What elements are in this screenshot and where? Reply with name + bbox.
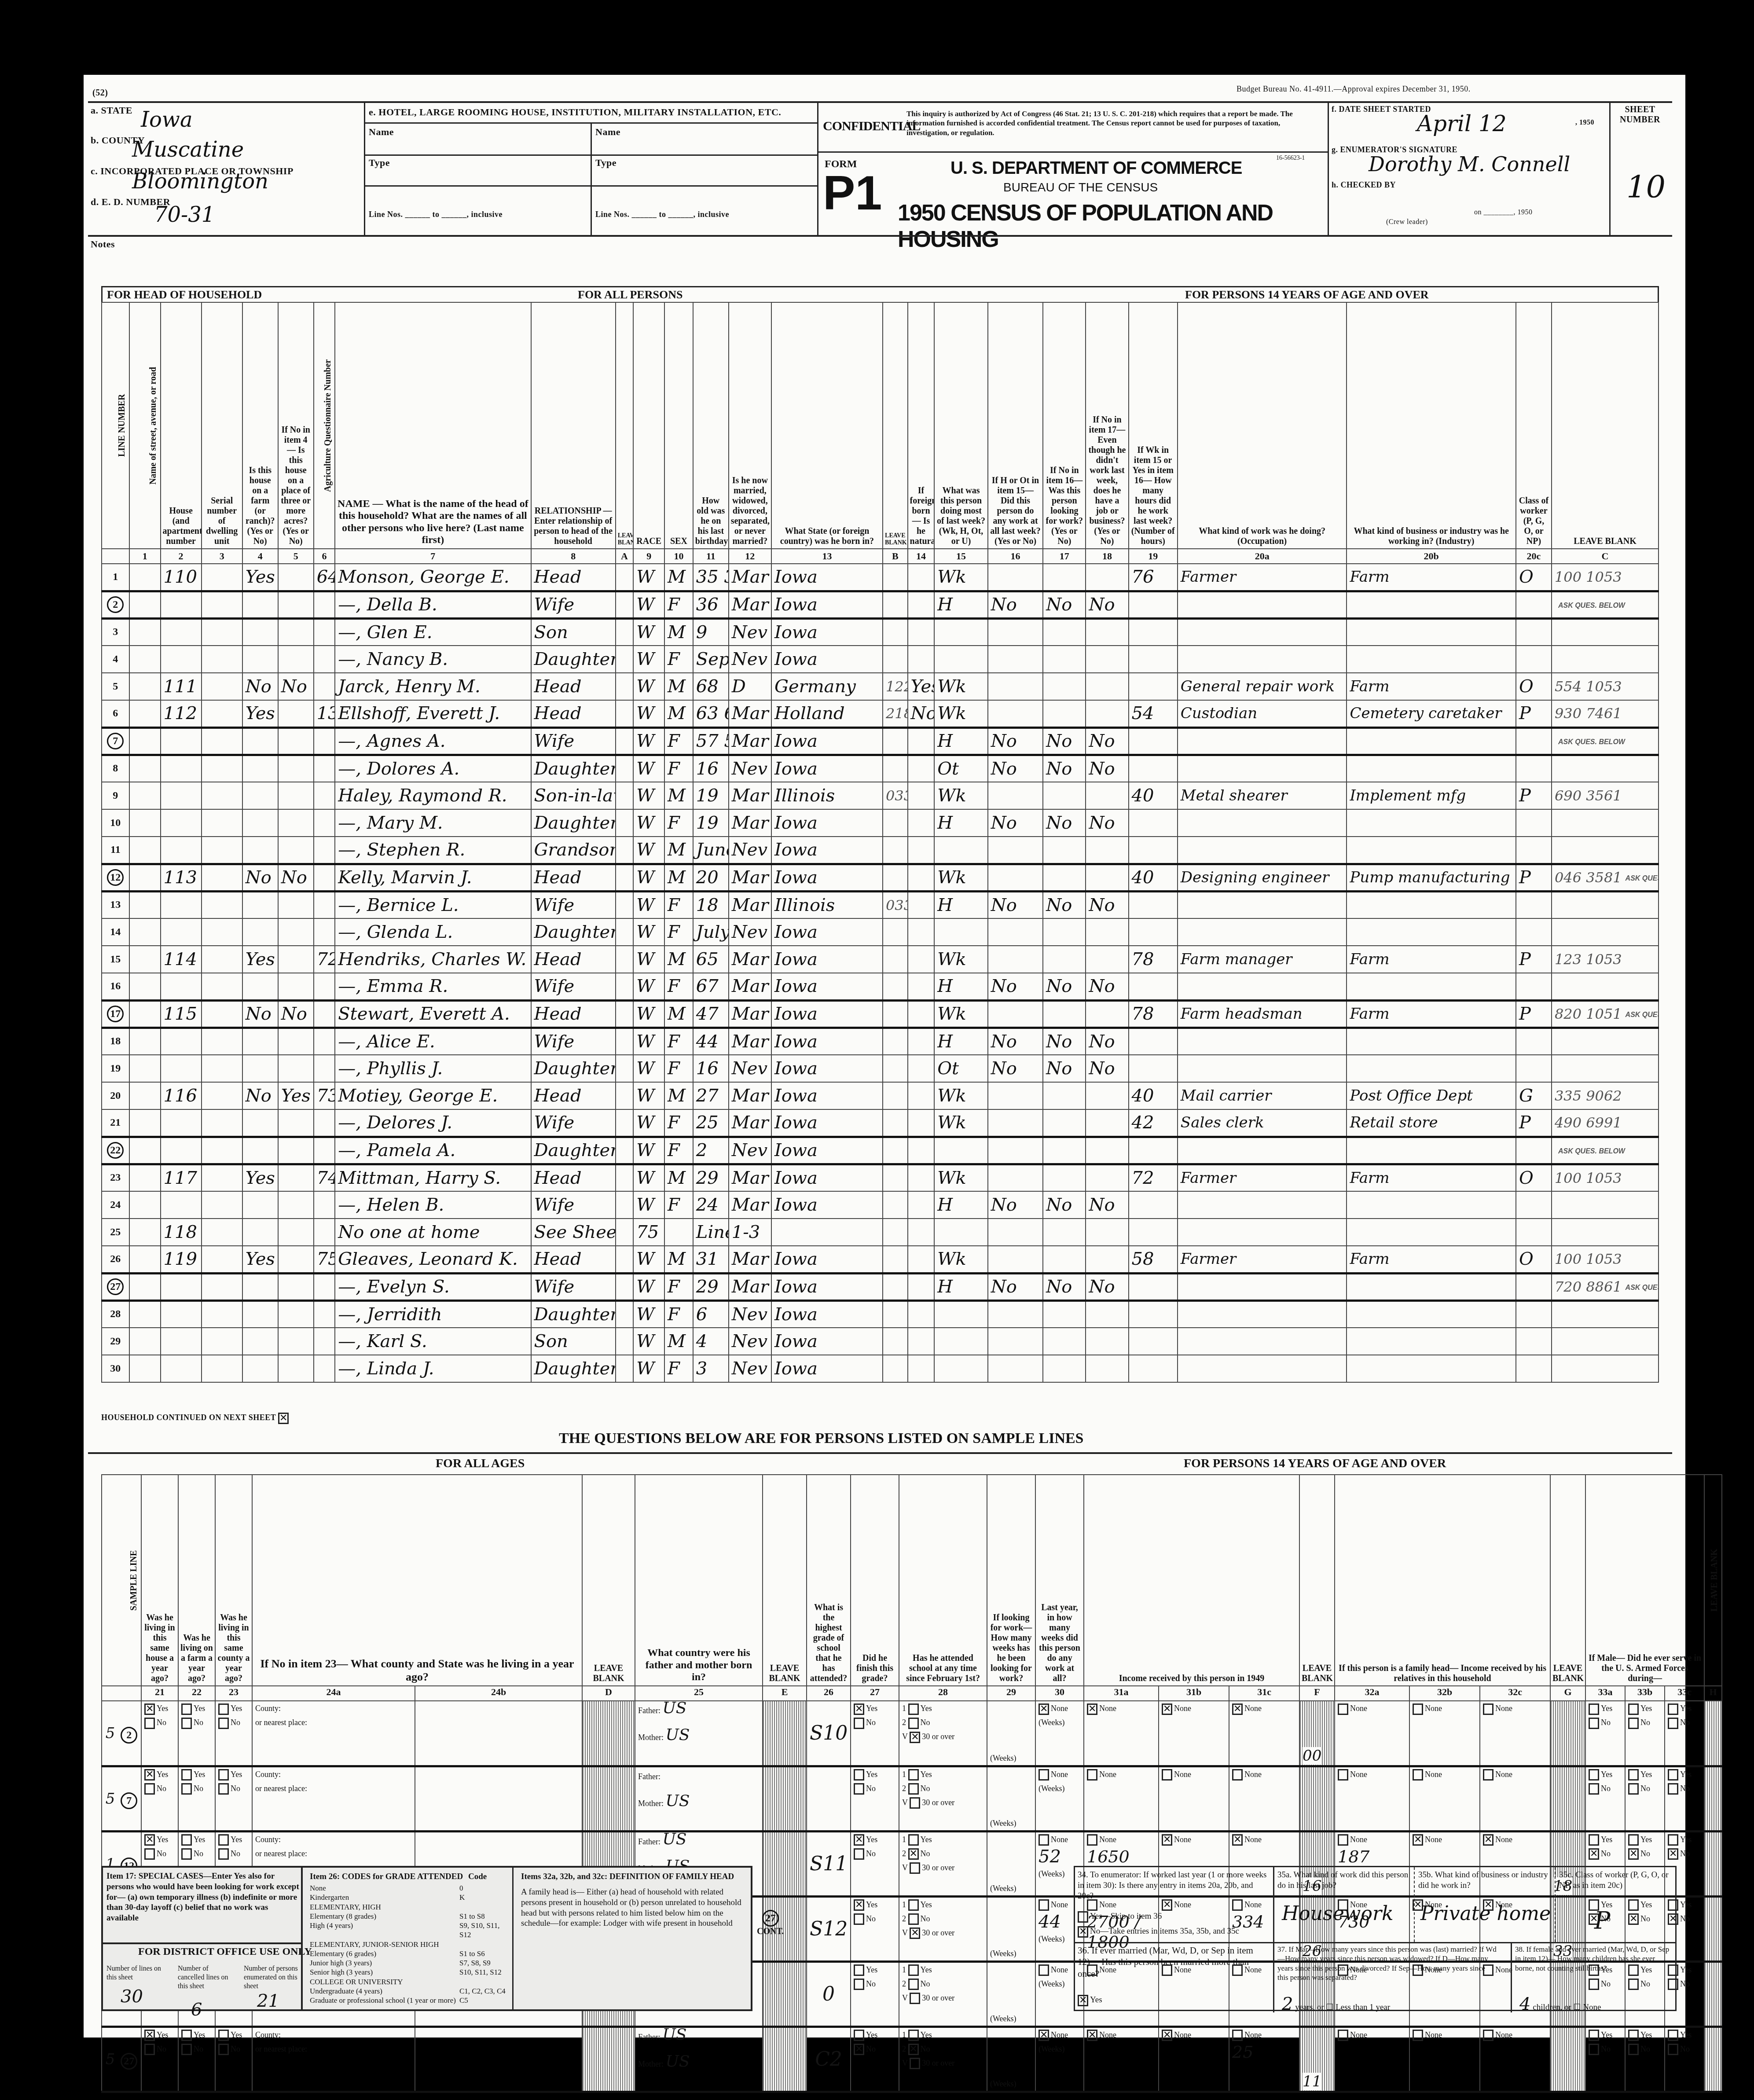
q33a-no[interactable]: ✕No [1589,1847,1622,1861]
q33a-yes[interactable]: Yes [1589,1767,1622,1781]
cell-c3 [202,755,242,782]
q27-yes[interactable]: Yes [854,1767,896,1781]
q27-yes[interactable]: ✕Yes [854,1832,896,1847]
q28-no[interactable]: 2 ✕No [902,2042,984,2056]
q33a-no[interactable]: No [1589,2042,1622,2056]
cell-sex: F [664,727,693,755]
street-cell [129,973,161,1000]
q33a-no-label: No [1601,1784,1611,1793]
q31a-none-label: None [1099,2030,1116,2039]
cell-c15 [934,1328,987,1355]
grade-code-row: Elementary (6 grades)S1 to S6 [310,1949,508,1958]
q33b-yes[interactable]: Yes [1628,1767,1662,1781]
cell-birth: Iowa [771,1082,883,1109]
cell-birth: Iowa [771,1137,883,1164]
q30-none-label: None [1051,1965,1068,1974]
date-value: April 12 [1417,111,1507,136]
q21-cell: ✕YesNo [141,1766,178,1831]
q33b-no[interactable]: ✕No [1628,1847,1662,1861]
q31b-none-label: None [1174,2030,1191,2039]
cell-name: —, Phyllis J. [335,1055,531,1082]
q28-over30[interactable]: V 30 or over [902,1861,984,1875]
q32a-none[interactable]: None [1338,1832,1406,1847]
person-row: 13—, Bernice L.WifeWF18MarIllinois033HNo… [102,891,1659,918]
q21-yes[interactable]: ✕Yes [144,1701,175,1715]
person-row: 20116NoYes73Motiey, George E.HeadWM27Mar… [102,1082,1659,1109]
county-label: County: [255,1832,412,1847]
person-row: 24—, Helen B.WifeWF24MarIowaHNoNoNo [102,1191,1659,1219]
q21-no[interactable]: No [144,2042,175,2056]
cell-race: W [633,727,664,755]
cell-c17: No [1043,591,1086,618]
cell-nat [908,1219,935,1246]
q29-weeks-label: (Weeks) [990,1751,1032,1765]
person-row: 30—, Linda J.DaughterWF3NevIowa [102,1355,1659,1382]
q33c-cell: YesNo [1665,1766,1704,1831]
q33a-no[interactable]: No [1589,1715,1622,1729]
grade-code-value: K [459,1893,508,1902]
q31c-none[interactable]: None [1232,1767,1296,1781]
cell-rel: Daughter [531,1300,616,1328]
q33b-yes-label: Yes [1640,1770,1652,1779]
q28-over30[interactable]: V 30 or over [902,1795,984,1810]
col-E-header: LEAVE BLANK [763,1475,807,1686]
q28-no-label: No [921,1914,930,1923]
q33a-yes[interactable]: Yes [1589,2028,1622,2042]
cell-race: W [633,1137,664,1164]
q31c-none[interactable]: ✕None [1232,1832,1296,1847]
q30-none[interactable]: ✕None [1038,2028,1081,2042]
leave-blank-a [616,837,633,864]
ask-questions-below: ASK QUES. BELOW [1558,1148,1625,1155]
sample-line-number: 17 [102,1000,129,1028]
cell-occ: Farm headsman [1178,1000,1347,1028]
cell-cls [1516,809,1552,837]
q35a-text: 35a. What kind of work did this person d… [1277,1870,1409,1891]
cell-nat: No [908,700,935,727]
q30-none[interactable]: ✕None [1038,1701,1081,1715]
q27-no[interactable]: ✕No [854,2042,896,2056]
cell-mar: Mar [729,591,771,618]
q31c-none[interactable]: None [1232,2028,1296,2042]
q32b-none[interactable]: None [1413,2028,1477,2042]
cell-name: Monson, George E. [335,564,531,591]
q31c-cell: None25 [1229,2027,1299,2092]
cell-c6 [314,837,335,864]
cell-mar: Mar [729,1082,771,1109]
q23-yes[interactable]: Yes [218,1767,249,1781]
q28-yes[interactable]: 1 Yes [902,1767,984,1781]
q35c-answer: P [1594,1907,1610,1935]
q33c-yes[interactable]: Yes [1668,1832,1701,1847]
q33b-yes[interactable]: Yes [1628,1701,1662,1715]
q32b-none[interactable]: ✕None [1413,1832,1477,1847]
q28-yes[interactable]: 1 Yes [902,1963,984,1977]
q27-no[interactable]: No [854,1847,896,1861]
line-number: 1 [102,564,129,591]
cell-b [883,946,908,973]
q28-yes[interactable]: 1 Yes [902,1701,984,1715]
leave-blank-a [616,1164,633,1191]
sheet-number: 10 [1626,169,1666,205]
q33c-cell: YesNo [1665,1701,1704,1766]
cell-c4 [242,1355,278,1382]
q33c-yes-label: Yes [1680,1900,1692,1909]
q31b-none[interactable]: None [1162,1767,1226,1781]
cell-c16 [988,864,1043,891]
q28-yes[interactable]: 1 Yes [902,1832,984,1847]
q33c-yes[interactable]: Yes [1668,1701,1701,1715]
cell-age: 63 62 [693,700,729,727]
q33c-no[interactable]: No [1668,2042,1701,2056]
household-continued-checkbox[interactable]: ✕ [278,1413,289,1424]
q31a-none[interactable]: None [1087,1832,1156,1847]
col-C-header: LEAVE BLANK [1552,302,1659,549]
cell-c17: No [1043,727,1086,755]
q33a-yes[interactable]: Yes [1589,1701,1622,1715]
tally: 5 [106,2051,115,2068]
leave-blank-a [616,1109,633,1137]
leave-blank-a [616,1273,633,1300]
sample-section-title: THE QUESTIONS BELOW ARE FOR PERSONS LIST… [559,1430,1084,1447]
q38-value: 4 [1519,1994,1530,2014]
q22-yes[interactable]: Yes [181,1701,212,1715]
cell-c18: No [1086,891,1128,918]
q31b-none[interactable]: ✕None [1162,2028,1226,2042]
q21-no[interactable]: No [144,1847,175,1861]
sample-line-circle: 2 [107,596,124,613]
cell-c3 [202,1191,242,1219]
cell-c15 [934,646,987,673]
cell-c18 [1086,782,1128,809]
q27-yes[interactable]: Yes [854,1963,896,1977]
cell-occ: Custodian [1178,700,1347,727]
father-line: Father: [638,1767,760,1784]
q31a-none[interactable]: None [1087,1767,1156,1781]
cell-birth: Holland [771,700,883,727]
cell-birth: Iowa [771,646,883,673]
q28-no-label: No [921,1849,930,1858]
q31b-none[interactable]: ✕None [1162,1701,1226,1715]
q33c-yes[interactable]: Yes [1668,1767,1701,1781]
q27-yes[interactable]: Yes [854,2028,896,2042]
q28-over30[interactable]: V ✕30 or over [902,1926,984,1940]
q22-yes[interactable]: Yes [181,1767,212,1781]
q31a-none[interactable]: ✕None [1087,1701,1156,1715]
cell-nat [908,891,935,918]
street-cell [129,1137,161,1164]
q28-over30[interactable]: V 30 or over [902,2056,984,2070]
q27-cell: ✕YesNo [851,1701,899,1766]
q32c-none[interactable]: None [1483,1701,1547,1715]
q21-no[interactable]: No [144,1715,175,1729]
q28-no[interactable]: 2 No [902,1912,984,1926]
street-cell [129,727,161,755]
street-cell [129,1164,161,1191]
cell-hrs: 42 [1129,1109,1178,1137]
cell-ind [1347,1191,1516,1219]
cell-nat [908,1082,935,1109]
q31a-none-label: None [1099,1704,1116,1713]
q33c-no[interactable]: ✕No [1668,1847,1701,1861]
q23-no[interactable]: No [218,1715,249,1729]
cell-c16: No [988,891,1043,918]
q33c-yes-label: Yes [1680,1704,1692,1713]
cell-c4 [242,1055,278,1082]
leave-blank-a [616,809,633,837]
cell-b [883,1219,908,1246]
cell-ind [1347,809,1516,837]
q21-yes[interactable]: ✕Yes [144,1832,175,1847]
cell-sex: M [664,837,693,864]
q23-no[interactable]: No [218,2042,249,2056]
cell-rel: Head [531,1000,616,1028]
lower-col-num-27: 27 [851,1686,899,1701]
q34-no[interactable]: ✕No—Take entries in items 35a, 35b, and … [1078,1926,1239,1938]
cell-name: Ellshoff, Everett J. [335,700,531,727]
q27-no-label: No [866,2045,876,2053]
cell-c6: 74 [314,1164,335,1191]
q32b-none[interactable]: None [1413,1701,1477,1715]
q27-no[interactable]: No [854,1977,896,1991]
cell-b [883,837,908,864]
q22-no[interactable]: No [181,1847,212,1861]
leave-blank-d [582,1766,635,1831]
q30-none-label: None [1051,1900,1068,1909]
street-cell [129,1355,161,1382]
cell-nat [908,973,935,1000]
cell-c18: No [1086,1191,1128,1219]
cell-b [883,809,908,837]
q23-yes[interactable]: Yes [218,1832,249,1847]
cell-sex: F [664,1300,693,1328]
cell-cls: P [1516,864,1552,891]
cell-c15: Wk [934,1246,987,1273]
q31b-none[interactable]: ✕None [1162,1832,1226,1847]
q27-yes[interactable]: ✕Yes [854,1701,896,1715]
nearest-label: or nearest place: [255,1715,412,1729]
q22-yes[interactable]: Yes [181,2028,212,2042]
cell-ind: Retail store [1347,1109,1516,1137]
district-office-label: FOR DISTRICT OFFICE USE ONLY [138,1946,312,1958]
line-number: 28 [102,1300,129,1328]
q32a-none[interactable]: None [1338,1767,1406,1781]
cell-c15: Wk [934,864,987,891]
q31c-none[interactable]: ✕None [1232,1701,1296,1715]
q27-no[interactable]: No [854,1781,896,1795]
leave-blank-a [616,864,633,891]
cell-birth: Iowa [771,864,883,891]
f-value: 11 [1303,2073,1321,2090]
col-num-20c: 20c [1516,549,1552,564]
q23-yes[interactable]: Yes [218,2028,249,2042]
cell-c16 [988,1137,1043,1164]
cell-cls [1516,1055,1552,1082]
grade-code-label: ELEMENTARY, HIGH [310,1902,459,1912]
q28-over30-label: 30 or over [922,2059,954,2067]
q22-yes[interactable]: Yes [181,1832,212,1847]
q22-no[interactable]: No [181,1715,212,1729]
col-11-header: How old was he on his last birthday? [693,302,729,549]
cell-c16: No [988,1028,1043,1055]
cell-code: 490 6991 [1552,1109,1659,1137]
q33c-no[interactable]: No [1668,1715,1701,1729]
q32a-none[interactable]: None [1338,2028,1406,2042]
q33b-yes[interactable]: Yes [1628,2028,1662,2042]
q34-yes[interactable]: Yes—Skip to item 36 [1078,1911,1162,1923]
cell-c2 [161,782,202,809]
father-value: US [663,2027,687,2044]
q27-no[interactable]: No [854,1715,896,1729]
q22-no[interactable]: No [181,2042,212,2056]
q32b-none[interactable]: None [1413,1767,1477,1781]
cell-ind [1347,646,1516,673]
q28-no[interactable]: 2 No [902,1781,984,1795]
q21-yes[interactable]: ✕Yes [144,2028,175,2042]
cell-sex: M [664,1000,693,1028]
cell-code: 554 1053 [1552,673,1659,700]
q33b-no-label: No [1640,2045,1650,2053]
q33b-yes[interactable]: Yes [1628,1832,1662,1847]
q23-yes[interactable]: Yes [218,1701,249,1715]
q28-yes[interactable]: 1 Yes [902,2028,984,2042]
q32c-none[interactable]: None [1483,2028,1547,2042]
leave-blank-h [1704,1701,1722,1766]
cell-c18: No [1086,755,1128,782]
father-label: Father: [638,2033,661,2041]
q23-no[interactable]: No [218,1847,249,1861]
cell-rel: Daughter [531,918,616,946]
q33a-no[interactable]: No [1589,1781,1622,1795]
cell-c3 [202,1000,242,1028]
q30-none-label: None [1051,2030,1068,2039]
cell-c15 [934,1300,987,1328]
q33b-no[interactable]: No [1628,2042,1662,2056]
col-15-header: What was this person doing most of last … [934,302,987,549]
cell-code: 123 1053 [1552,946,1659,973]
cell-c3 [202,1082,242,1109]
q33b-no[interactable]: No [1628,1715,1662,1729]
institution-label: e. HOTEL, LARGE ROOMING HOUSE, INSTITUTI… [369,106,781,118]
q28-yes[interactable]: 1 Yes [902,1898,984,1912]
cell-rel: Daughter [531,1137,616,1164]
q30-cell: ✕None(Weeks) [1035,2027,1084,2092]
q21-no[interactable]: No [144,1781,175,1795]
q32c-none[interactable]: None [1483,1767,1547,1781]
cell-c5 [278,837,314,864]
q21-yes[interactable]: ✕Yes [144,1767,175,1781]
q32a-cell: None [1335,1766,1409,1831]
q28-no[interactable]: 2 No [902,1977,984,1991]
q22-no[interactable]: No [181,1781,212,1795]
q33a-yes[interactable]: Yes [1589,1832,1622,1847]
lower-col-num-21: 21 [141,1686,178,1701]
cell-hrs [1129,1137,1178,1164]
col-num-19: 19 [1129,549,1178,564]
cell-code: ASK QUES. BELOW [1552,1137,1659,1164]
q30-none[interactable]: None [1038,1767,1081,1781]
cell-c6 [314,727,335,755]
cell-birth: Iowa [771,1246,883,1273]
cell-c3 [202,1355,242,1382]
cell-c4 [242,646,278,673]
q27-yes[interactable]: ✕Yes [854,1898,896,1912]
cell-rel: Daughter [531,646,616,673]
q33b-no[interactable]: No [1628,1781,1662,1795]
q28-no[interactable]: 2 ✕No [902,1847,984,1861]
cell-ind: Pump manufacturing [1347,864,1516,891]
cell-cls [1516,1273,1552,1300]
q28-over30[interactable]: V ✕30 or over [902,1729,984,1744]
q23-no-label: No [231,2045,240,2053]
household-continued[interactable]: HOUSEHOLD CONTINUED ON NEXT SHEET ✕ [101,1413,290,1424]
cell-c17 [1043,1355,1086,1382]
form-title: 1950 CENSUS OF POPULATION AND HOUSING [898,200,1328,253]
cell-c18: No [1086,591,1128,618]
cell-c3 [202,946,242,973]
q32c-none[interactable]: ✕None [1483,1832,1547,1847]
col-num-4: 4 [242,549,278,564]
q28-over30-label: 30 or over [922,1994,954,2002]
q23-no[interactable]: No [218,1781,249,1795]
cell-b [883,1355,908,1382]
cell-hrs: 40 [1129,1082,1178,1109]
cell-rel: Son [531,1328,616,1355]
cell-race: W [633,918,664,946]
cell-rel: Wife [531,973,616,1000]
q31a-cell: ✕None [1084,2027,1159,2092]
grade-codes-list: None0KindergartenKELEMENTARY, HIGHElemen… [310,1883,508,2005]
cell-nat: Yes [908,673,935,700]
cell-c16 [988,618,1043,646]
cell-occ: Farmer [1178,564,1347,591]
q33c-yes-label: Yes [1680,2030,1692,2039]
cell-c18 [1086,1137,1128,1164]
cell-code [1552,755,1659,782]
cell-name: —, Bernice L. [335,891,531,918]
q21-yes-label: Yes [157,1770,168,1779]
cell-rel: Wife [531,727,616,755]
street-cell [129,782,161,809]
cell-c4: No [242,1082,278,1109]
q27-no[interactable]: No [854,1912,896,1926]
q33c-no[interactable]: No [1668,1781,1701,1795]
cell-c5 [278,646,314,673]
q28-no[interactable]: 2 No [902,1715,984,1729]
q31a-none[interactable]: ✕None [1087,2028,1156,2042]
cell-rel: Wife [531,1191,616,1219]
q33c-yes[interactable]: Yes [1668,2028,1701,2042]
ed-value: 70-31 [154,202,215,227]
cell-birth: Iowa [771,918,883,946]
q28-over30[interactable]: V 30 or over [902,1991,984,2005]
cell-age: 2 [693,1137,729,1164]
ask-questions-below: ASK QUES. BELOW [1558,602,1625,609]
q30-none[interactable]: None [1038,1832,1081,1847]
q31c-cell: ✕None [1229,1701,1299,1766]
q32a-none[interactable]: None [1338,1701,1406,1715]
cell-c2: 115 [161,1000,202,1028]
q30-weeks-label: (Weeks) [1038,1715,1081,1729]
cell-name: —, Glen E. [335,618,531,646]
cell-c17 [1043,564,1086,591]
cell-c4 [242,891,278,918]
cell-name: Motiey, George E. [335,1082,531,1109]
cell-c5 [278,591,314,618]
cell-c17: No [1043,891,1086,918]
sample-line-number: 22 [102,1137,129,1164]
q36-answer[interactable]: ✕Yes [1078,1995,1102,2006]
